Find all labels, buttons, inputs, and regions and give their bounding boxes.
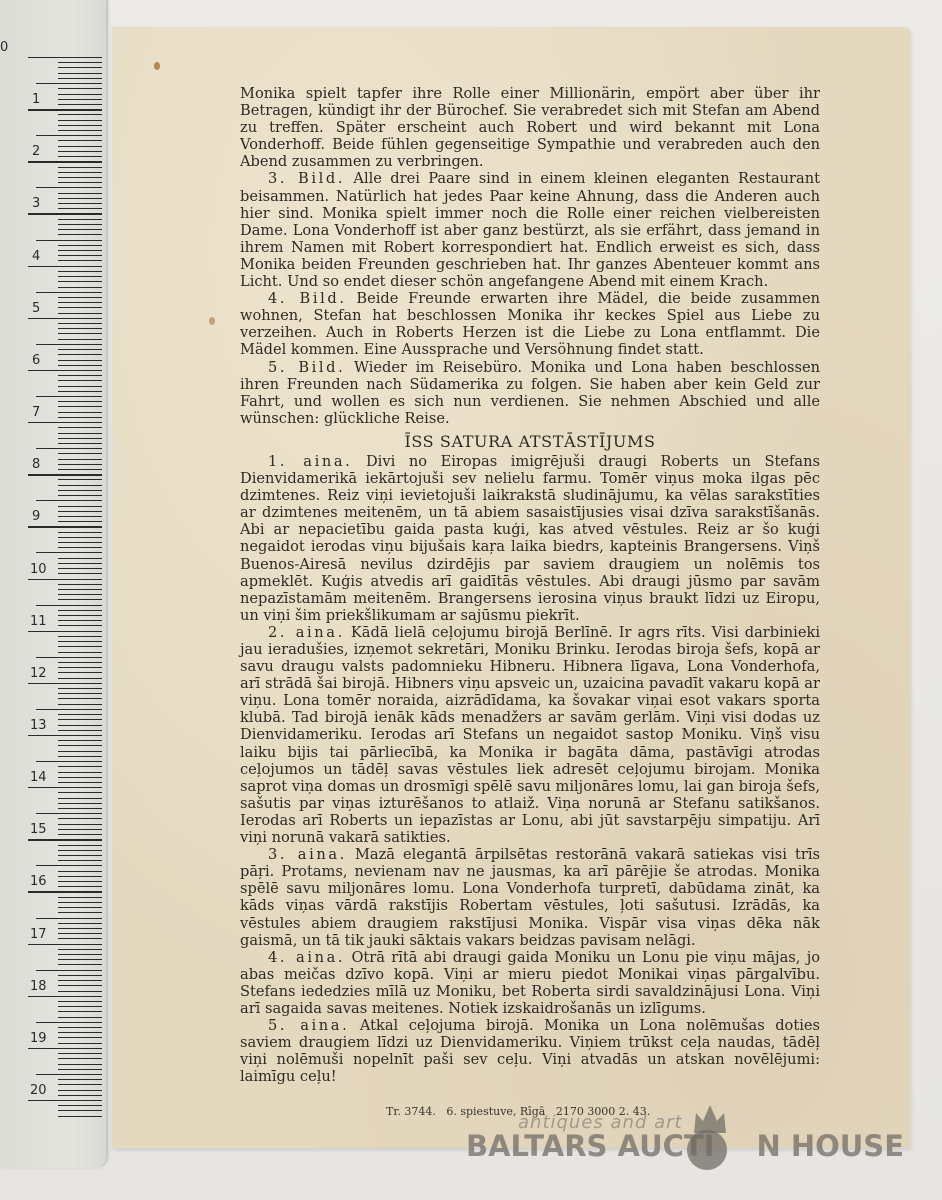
ruler-tick xyxy=(58,923,102,924)
stain-mark xyxy=(209,317,215,325)
ruler-label: 19 xyxy=(30,1031,47,1046)
ruler-tick xyxy=(58,281,102,282)
paragraph-text: Monika spielt tapfer ihre Rolle einer Mi… xyxy=(240,85,820,170)
ruler-tick xyxy=(58,167,102,168)
ruler-tick xyxy=(28,996,102,997)
ruler-tick xyxy=(58,636,102,637)
ruler-tick xyxy=(36,657,102,658)
ruler-tick xyxy=(58,193,102,194)
ruler-tick xyxy=(58,1006,102,1007)
ruler-tick xyxy=(58,260,102,261)
ruler-tick xyxy=(58,453,102,454)
ruler-tick xyxy=(58,907,102,908)
ruler-tick xyxy=(36,918,102,919)
ruler-tick xyxy=(36,1022,102,1023)
ruler-tick xyxy=(58,386,102,387)
ruler-tick xyxy=(58,688,102,689)
ruler-tick xyxy=(58,375,102,376)
ruler-tick xyxy=(58,94,102,95)
ruler-tick xyxy=(58,313,102,314)
stain-mark xyxy=(154,62,160,70)
ruler-tick xyxy=(58,1110,102,1111)
ruler-tick xyxy=(58,114,102,115)
ruler-tick xyxy=(58,881,102,882)
ruler-tick xyxy=(58,245,102,246)
ruler-tick xyxy=(58,198,102,199)
ruler-tick xyxy=(58,589,102,590)
ruler-tick xyxy=(28,1100,102,1101)
ruler-tick xyxy=(58,537,102,538)
ruler-tick xyxy=(58,902,102,903)
ruler-tick xyxy=(58,698,102,699)
ruler-tick xyxy=(36,605,102,606)
ruler-tick xyxy=(58,740,102,741)
ruler-tick xyxy=(58,297,102,298)
ruler-tick xyxy=(58,615,102,616)
ruler-tick xyxy=(58,177,102,178)
ruler-tick xyxy=(58,271,102,272)
ruler-tick xyxy=(58,542,102,543)
ruler-tick xyxy=(58,954,102,955)
latvian-paragraph-aina-5: 5. aina. Atkal ceļojuma birojā. Monika u… xyxy=(240,1017,820,1085)
ruler-tick xyxy=(58,667,102,668)
ruler-tick xyxy=(58,625,102,626)
ruler-tick xyxy=(58,464,102,465)
ruler-tick xyxy=(36,813,102,814)
ruler-tick xyxy=(58,886,102,887)
ruler-tick xyxy=(28,161,102,162)
ruler-tick xyxy=(58,255,102,256)
ruler-tick xyxy=(58,845,102,846)
ruler-tick xyxy=(58,234,102,235)
ruler-tick xyxy=(58,443,102,444)
measuring-ruler: 01234567891011121314151617181920 xyxy=(0,0,108,1168)
german-paragraph-continuation: Monika spielt tapfer ihre Rolle einer Mi… xyxy=(240,85,820,170)
ruler-tick xyxy=(58,287,102,288)
ruler-tick xyxy=(58,104,102,105)
ruler-tick xyxy=(58,323,102,324)
ruler-tick xyxy=(28,735,102,736)
ruler-tick xyxy=(58,938,102,939)
ruler-tick xyxy=(28,266,102,267)
ruler-tick xyxy=(28,474,102,475)
ruler-tick xyxy=(58,646,102,647)
ruler-tick xyxy=(58,824,102,825)
ruler-tick xyxy=(58,678,102,679)
latvian-heading: ĪSS SATURA ATSTĀSTĪJUMS xyxy=(240,433,820,450)
ruler-tick xyxy=(58,229,102,230)
ruler-tick xyxy=(58,459,102,460)
ruler-tick xyxy=(58,912,102,913)
ruler-label: 16 xyxy=(30,874,47,889)
ruler-tick xyxy=(58,365,102,366)
ruler-tick xyxy=(58,521,102,522)
ruler-tick xyxy=(58,829,102,830)
ruler-tick xyxy=(58,599,102,600)
ruler-tick xyxy=(36,970,102,971)
ruler-tick xyxy=(36,552,102,553)
ruler-tick xyxy=(58,339,102,340)
ruler-tick xyxy=(36,865,102,866)
ruler-tick xyxy=(58,975,102,976)
ruler-tick xyxy=(58,949,102,950)
ruler-tick xyxy=(28,944,102,945)
ruler-label: 7 xyxy=(32,405,40,420)
ruler-tick xyxy=(28,213,102,214)
ruler-tick xyxy=(58,798,102,799)
ruler-label: 17 xyxy=(30,927,47,942)
ruler-tick xyxy=(58,792,102,793)
ruler-tick xyxy=(58,959,102,960)
ruler-tick xyxy=(58,417,102,418)
ruler-tick xyxy=(58,584,102,585)
ruler-tick xyxy=(58,1053,102,1054)
ruler-tick xyxy=(58,495,102,496)
ruler-tick xyxy=(36,500,102,501)
ruler-label: 0 xyxy=(0,40,8,55)
paragraph-text: Alle drei Paare sind in einem kleinen el… xyxy=(240,170,820,290)
ruler-tick xyxy=(58,438,102,439)
ruler-tick xyxy=(58,1105,102,1106)
scene-label: 4. Bild. xyxy=(268,290,347,307)
ruler-tick xyxy=(58,406,102,407)
ruler-tick xyxy=(36,709,102,710)
ruler-tick xyxy=(36,761,102,762)
ruler-tick xyxy=(58,772,102,773)
ruler-tick xyxy=(58,219,102,220)
ruler-tick xyxy=(58,808,102,809)
ruler-tick xyxy=(58,73,102,74)
ruler-tick xyxy=(58,516,102,517)
ruler-label: 12 xyxy=(30,666,47,681)
ruler-tick xyxy=(58,427,102,428)
ruler-tick xyxy=(58,693,102,694)
ruler-tick xyxy=(58,558,102,559)
ruler-tick xyxy=(58,714,102,715)
ruler-label: 14 xyxy=(30,770,47,785)
ruler-tick xyxy=(36,292,102,293)
ruler-tick xyxy=(58,1064,102,1065)
ruler-tick xyxy=(36,240,102,241)
ruler-tick xyxy=(58,1069,102,1070)
ruler-tick xyxy=(58,479,102,480)
ruler-tick xyxy=(58,1058,102,1059)
ruler-label: 10 xyxy=(30,562,47,577)
ruler-tick xyxy=(58,704,102,705)
ruler-tick xyxy=(58,490,102,491)
ruler-tick xyxy=(58,777,102,778)
ruler-tick xyxy=(28,318,102,319)
ruler-tick xyxy=(28,787,102,788)
ruler-tick xyxy=(36,187,102,188)
german-synopsis: Monika spielt tapfer ihre Rolle einer Mi… xyxy=(240,85,820,427)
ruler-tick xyxy=(58,67,102,68)
ruler-tick xyxy=(58,563,102,564)
ruler-tick xyxy=(36,396,102,397)
ruler-tick xyxy=(58,1090,102,1091)
ruler-tick xyxy=(58,672,102,673)
ruler-tick xyxy=(58,380,102,381)
ruler-tick xyxy=(58,328,102,329)
ruler-tick xyxy=(58,354,102,355)
ruler-tick xyxy=(58,991,102,992)
ruler-tick xyxy=(58,594,102,595)
ruler-tick xyxy=(36,344,102,345)
ruler-tick xyxy=(58,871,102,872)
document-body: Monika spielt tapfer ihre Rolle einer Mi… xyxy=(240,85,820,1085)
latvian-paragraph-aina-4: 4. aina. Otrā rītā abi draugi gaida Moni… xyxy=(240,949,820,1017)
ruler-tick xyxy=(58,964,102,965)
ruler-tick xyxy=(58,1017,102,1018)
ruler-tick xyxy=(58,1032,102,1033)
ruler-tick xyxy=(58,719,102,720)
ruler-tick xyxy=(58,782,102,783)
scene-label: 4. aina. xyxy=(268,949,345,966)
ruler-tick xyxy=(58,208,102,209)
ruler-tick xyxy=(28,1048,102,1049)
ruler-label: 1 xyxy=(32,92,40,107)
ruler-tick xyxy=(58,532,102,533)
ruler-tick xyxy=(58,302,102,303)
ruler-tick xyxy=(58,928,102,929)
ruler-tick xyxy=(58,568,102,569)
latvian-paragraph-aina-1: 1. aina. Divi no Eiropas imigrējuši drau… xyxy=(240,453,820,624)
ruler-tick xyxy=(58,1116,102,1117)
ruler-tick xyxy=(28,579,102,580)
ruler-tick xyxy=(58,276,102,277)
watermark-name: BALTARS AUCTIN HOUSE xyxy=(466,1129,904,1163)
ruler-label: 4 xyxy=(32,249,40,264)
ruler-tick xyxy=(58,125,102,126)
ruler-tick xyxy=(28,422,102,423)
ruler-tick xyxy=(58,573,102,574)
watermark-name-right: N HOUSE xyxy=(756,1129,904,1163)
ruler-tick xyxy=(58,766,102,767)
ruler-tick xyxy=(58,78,102,79)
ruler-label: 2 xyxy=(32,144,40,159)
scene-label: 5. aina. xyxy=(268,1017,349,1034)
ruler-label: 13 xyxy=(30,718,47,733)
ruler-tick xyxy=(58,333,102,334)
scene-label: 2. aina. xyxy=(268,624,345,641)
ruler-label: 11 xyxy=(30,614,47,629)
ruler-tick xyxy=(28,370,102,371)
ruler-tick xyxy=(58,1095,102,1096)
ruler-tick xyxy=(58,860,102,861)
ruler-label: 6 xyxy=(32,353,40,368)
ruler-tick xyxy=(58,1037,102,1038)
ruler-tick xyxy=(58,1079,102,1080)
ruler-tick xyxy=(58,469,102,470)
ruler-tick xyxy=(58,506,102,507)
ruler-tick xyxy=(58,745,102,746)
ruler-tick xyxy=(58,349,102,350)
ruler-tick xyxy=(58,850,102,851)
scene-label: 3. aina. xyxy=(268,846,347,863)
ruler-label: 20 xyxy=(30,1083,47,1098)
ruler-tick xyxy=(28,891,102,892)
ruler-tick xyxy=(28,109,102,110)
ruler-tick xyxy=(58,412,102,413)
ruler-tick xyxy=(58,876,102,877)
ruler-tick xyxy=(58,182,102,183)
ruler-tick xyxy=(58,1027,102,1028)
ruler-tick xyxy=(58,1043,102,1044)
ruler-tick xyxy=(58,652,102,653)
ruler-tick xyxy=(58,897,102,898)
ruler-tick xyxy=(58,172,102,173)
ruler-tick xyxy=(58,203,102,204)
ruler-tick xyxy=(58,1084,102,1085)
ruler-tick xyxy=(58,485,102,486)
ruler-tick xyxy=(58,1011,102,1012)
ruler-tick xyxy=(36,83,102,84)
ruler-label: 8 xyxy=(32,457,40,472)
ruler-tick xyxy=(58,620,102,621)
ruler-tick xyxy=(58,391,102,392)
latvian-synopsis: 1. aina. Divi no Eiropas imigrējuši drau… xyxy=(240,453,820,1085)
paragraph-text: Kādā lielā ceļojumu birojā Berlīnē. Ir a… xyxy=(240,624,820,846)
ruler-tick xyxy=(36,1074,102,1075)
ruler-tick xyxy=(28,631,102,632)
ruler-tick xyxy=(28,683,102,684)
latvian-paragraph-aina-3: 3. aina. Mazā elegantā ārpilsētas restor… xyxy=(240,846,820,949)
ruler-tick xyxy=(58,360,102,361)
ruler-tick xyxy=(36,448,102,449)
ruler-label: 9 xyxy=(32,509,40,524)
ruler-tick xyxy=(58,156,102,157)
ruler-tick xyxy=(58,751,102,752)
ruler-tick xyxy=(58,307,102,308)
ruler-tick xyxy=(58,1001,102,1002)
ruler-tick xyxy=(58,120,102,121)
ruler-tick xyxy=(58,662,102,663)
ruler-tick xyxy=(58,401,102,402)
ruler-tick xyxy=(58,980,102,981)
ruler-tick xyxy=(58,250,102,251)
ruler-tick xyxy=(58,855,102,856)
ruler-label: 5 xyxy=(32,301,40,316)
ruler-tick xyxy=(28,57,102,58)
ruler-tick xyxy=(58,146,102,147)
ruler-tick xyxy=(36,135,102,136)
ruler-tick xyxy=(58,730,102,731)
ruler-label: 15 xyxy=(30,822,47,837)
ruler-tick xyxy=(58,834,102,835)
german-paragraph-bild-4: 4. Bild. Beide Freunde erwarten ihre Mäd… xyxy=(240,290,820,358)
latvian-paragraph-aina-2: 2. aina. Kādā lielā ceļojumu birojā Berl… xyxy=(240,624,820,846)
ruler-tick xyxy=(58,803,102,804)
ruler-tick xyxy=(58,933,102,934)
ruler-tick xyxy=(28,839,102,840)
ruler-tick xyxy=(58,985,102,986)
ruler-label: 3 xyxy=(32,196,40,211)
ruler-tick xyxy=(28,526,102,527)
ruler-tick xyxy=(58,511,102,512)
watermark-name-left: BALTARS AUCTI xyxy=(466,1129,714,1163)
scene-label: 1. aina. xyxy=(268,453,352,470)
ruler-tick xyxy=(58,88,102,89)
ruler-tick xyxy=(58,610,102,611)
ruler-tick xyxy=(58,130,102,131)
ruler-tick xyxy=(58,99,102,100)
scene-label: 5. Bild. xyxy=(268,359,345,376)
ruler-tick xyxy=(58,818,102,819)
paragraph-text: Divi no Eiropas imigrējuši draugi Robert… xyxy=(240,453,820,624)
ruler-tick xyxy=(58,725,102,726)
german-paragraph-bild-3: 3. Bild. Alle drei Paare sind in einem k… xyxy=(240,170,820,290)
ruler-tick xyxy=(58,151,102,152)
ruler-tick xyxy=(58,641,102,642)
ruler-tick xyxy=(58,62,102,63)
ruler-label: 18 xyxy=(30,979,47,994)
ruler-tick xyxy=(58,140,102,141)
german-paragraph-bild-5: 5. Bild. Wieder im Reisebüro. Monika und… xyxy=(240,359,820,427)
scene-label: 3. Bild. xyxy=(268,170,345,187)
ruler-tick xyxy=(58,433,102,434)
ruler-tick xyxy=(58,547,102,548)
ruler-tick xyxy=(58,756,102,757)
ruler-tick xyxy=(58,224,102,225)
